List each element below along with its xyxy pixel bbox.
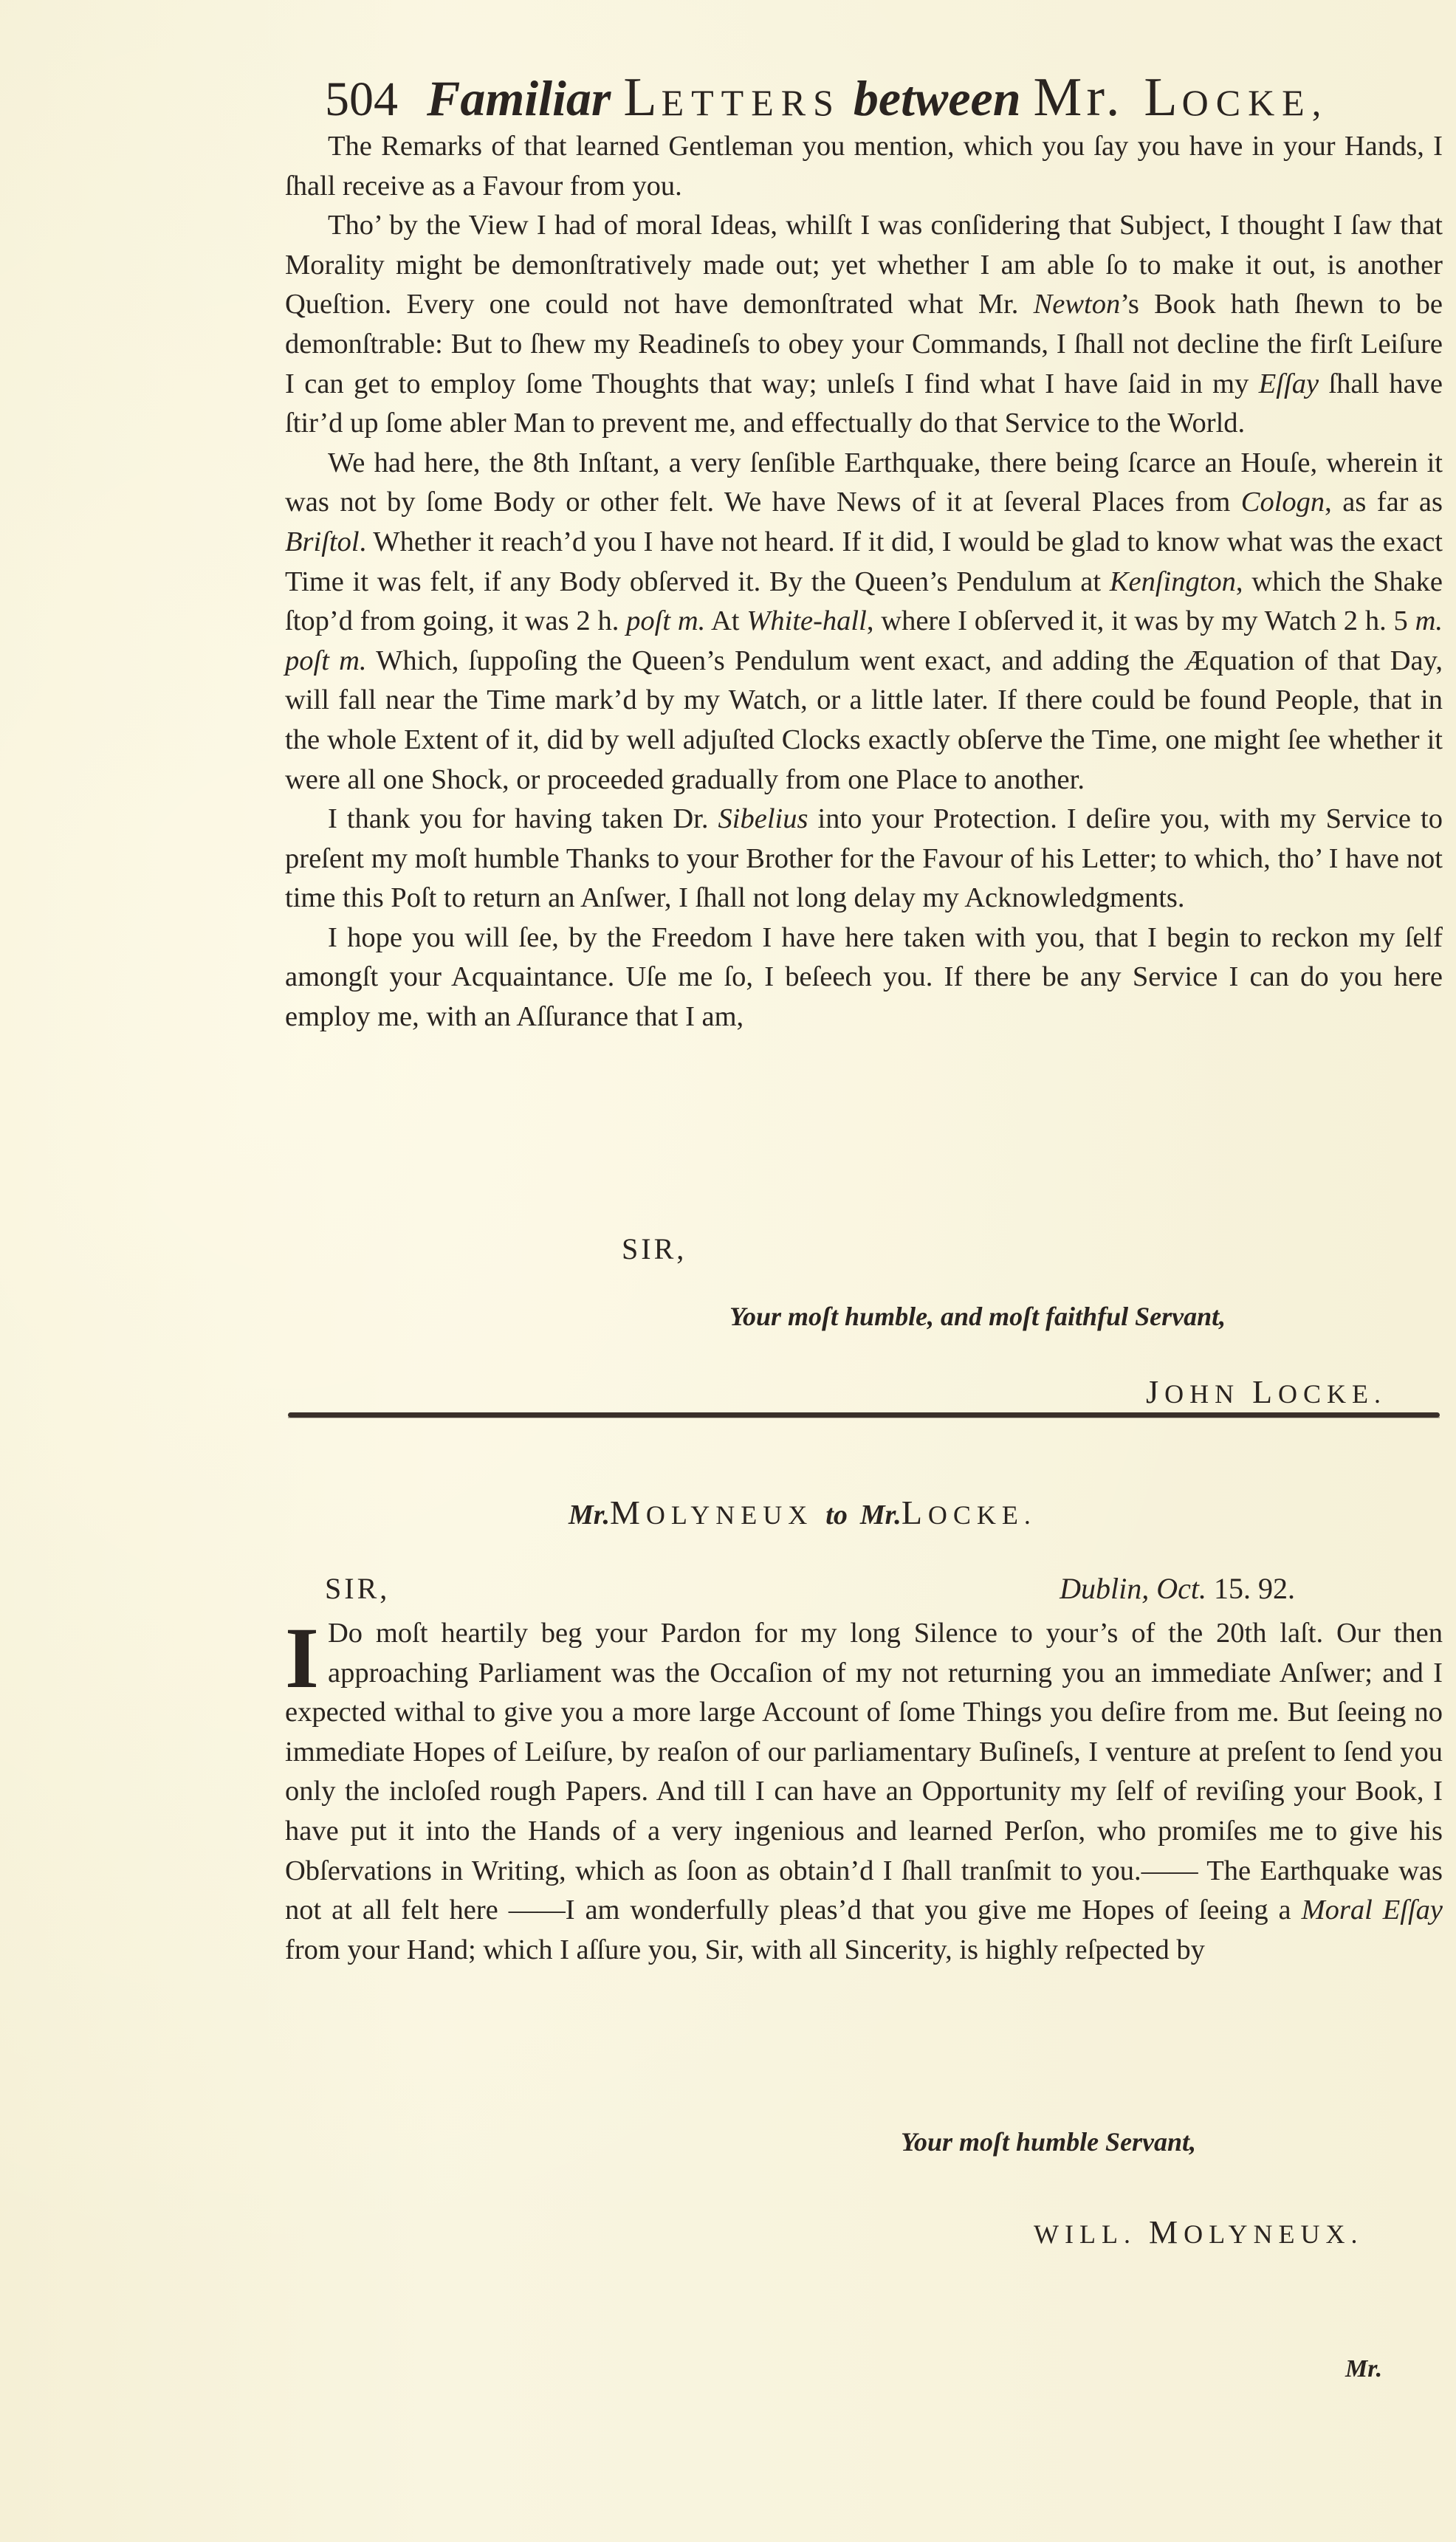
catchword: Mr.	[1345, 2355, 1382, 2383]
letter2-date: Dublin, Oct. 15. 92.	[1060, 1571, 1295, 1606]
header-word-letters: LETTERS	[623, 70, 841, 126]
letter1-paragraph: The Remarks of that learned Gentleman yo…	[285, 127, 1443, 206]
header-word-between: between	[854, 70, 1021, 126]
letter1-paragraph: We had here, the 8th Inſtant, a very ſen…	[285, 444, 1443, 800]
letter2-body: Do moſt heartily beg your Pardon for my …	[285, 1614, 1443, 1970]
letter2-paragraph: Do moſt heartily beg your Pardon for my …	[285, 1614, 1443, 1970]
letter2-heading: Mr.MOLYNEUX to Mr.LOCKE.	[569, 1493, 1037, 1532]
letter1-closing: Your moſt humble, and moſt faithful Serv…	[729, 1301, 1226, 1332]
header-word-familiar: Familiar	[427, 70, 611, 126]
letter2-salutation: SIR,	[325, 1572, 390, 1605]
page-number: 504	[325, 72, 398, 126]
letter1-salutation: SIR,	[622, 1232, 687, 1266]
letter1-paragraph: I hope you will ſee, by the Freedom I ha…	[285, 918, 1443, 1037]
letter2-closing: Your moſt humble Servant,	[901, 2126, 1196, 2157]
header-word-mr-locke: Mr. LOCKE,	[1034, 70, 1329, 126]
letter2-dateline: SIR, Dublin, Oct. 15. 92.	[325, 1571, 1382, 1606]
section-divider-rule	[288, 1412, 1440, 1418]
letter1-signature: JOHN LOCKE.	[1146, 1373, 1387, 1411]
letter2-signature: WILL. MOLYNEUX.	[1034, 2213, 1363, 2251]
letter1-paragraph: Tho’ by the View I had of moral Ideas, w…	[285, 206, 1443, 444]
letter1-body: The Remarks of that learned Gentleman yo…	[285, 127, 1443, 1037]
running-header: 504 Familiar LETTERS between Mr. LOCKE,	[325, 68, 1328, 132]
letter1-paragraph: I thank you for having taken Dr. Sibeliu…	[285, 800, 1443, 918]
